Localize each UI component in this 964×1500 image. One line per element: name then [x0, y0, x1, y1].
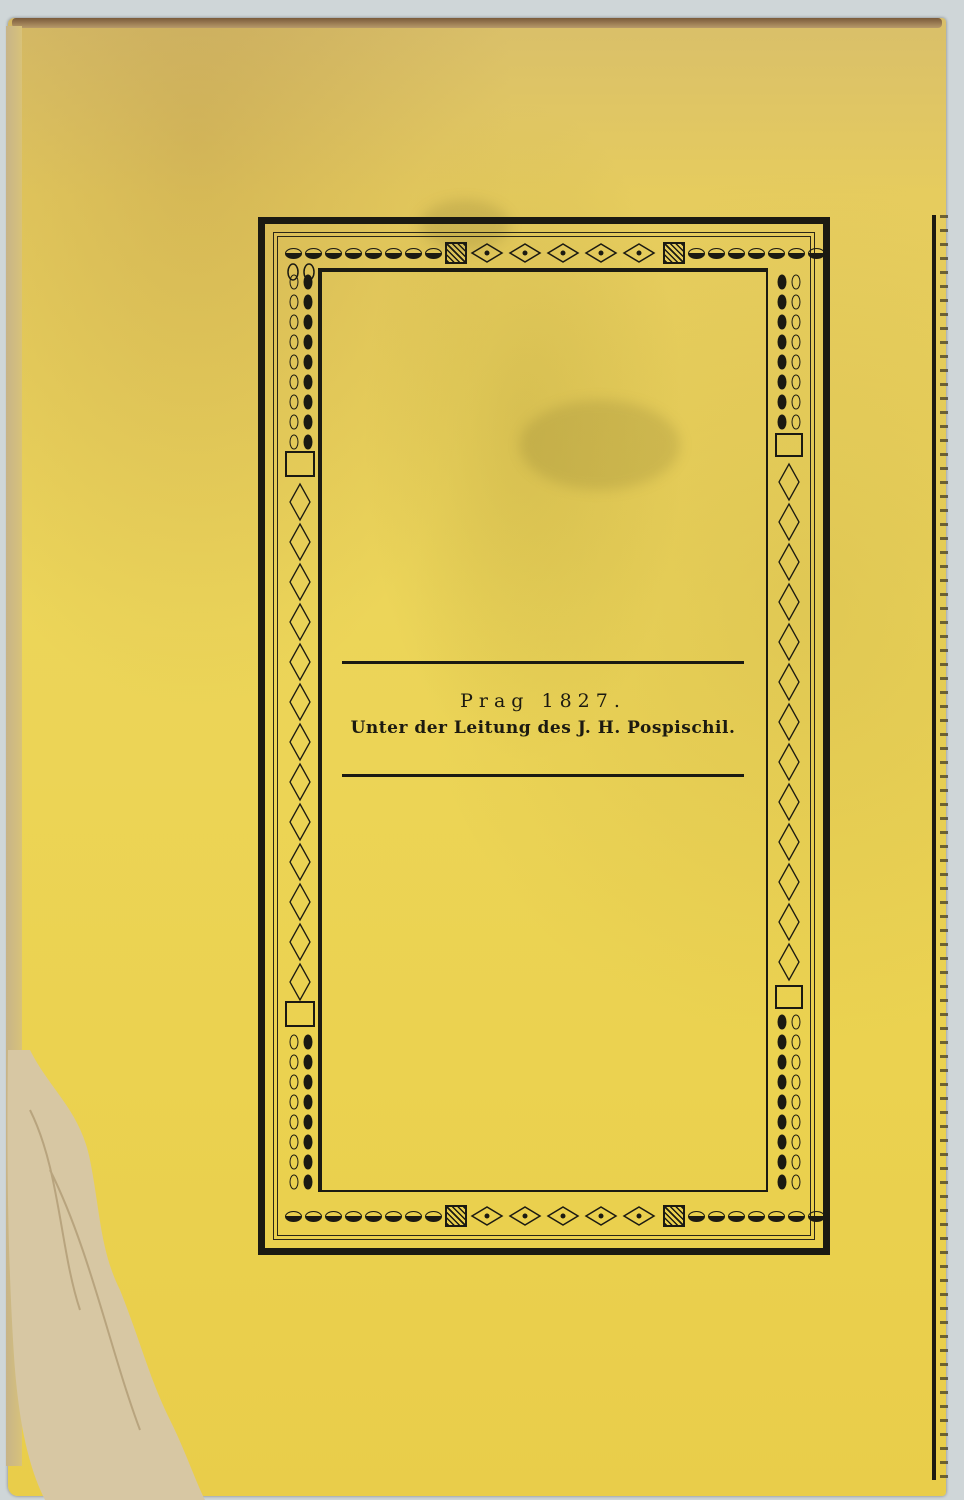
oval-bead-icon [285, 248, 302, 259]
lower-rule [342, 774, 744, 777]
imprint-publisher: Unter der Leitung des J. H. Pospischil. [318, 718, 768, 738]
top-edge-wear [12, 18, 942, 28]
right-ornament-band [772, 262, 806, 1202]
left-ornament-band [284, 262, 318, 1202]
hatched-square-icon [445, 242, 467, 264]
spine-rule [932, 215, 936, 1480]
spine-ornament [940, 215, 948, 1480]
torn-corner [0, 1050, 220, 1500]
bottom-ornament-band [285, 1204, 825, 1228]
diamond-fleuron-icon [470, 241, 660, 265]
upper-rule [342, 661, 744, 664]
imprint-place-year: Prag 1827. [318, 690, 768, 712]
top-ornament-band [285, 241, 825, 265]
